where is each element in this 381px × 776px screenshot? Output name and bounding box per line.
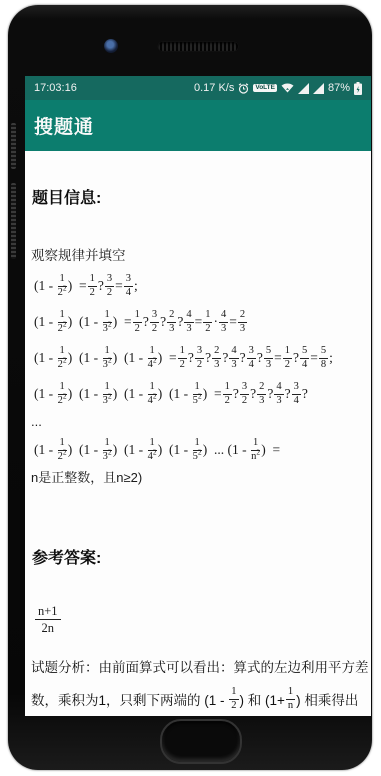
formula-line: (1 - 122) (1 - 132) (1 - 142) (1 - 152) … (31, 432, 371, 468)
fraction: 32 (240, 382, 249, 407)
formula-line: (1 - 122) (1 - 132) =12?32?23?43=12·43=2… (31, 304, 371, 340)
math-text: = (274, 350, 282, 366)
analysis-text: 试题分析：由前面算式可以看出：算式的左边利用平方差数，乘积为1，只剩下两端的 (… (31, 650, 371, 716)
math-text: ) (1 - (113, 350, 147, 366)
math-text: ) (1 - (158, 442, 192, 458)
fraction: 43 (184, 310, 193, 335)
math-text: ? (293, 350, 299, 366)
battery-charging-icon (354, 82, 362, 95)
fraction: 32 (150, 310, 159, 335)
wifi-icon (281, 83, 294, 93)
alarm-clock-icon (238, 83, 249, 94)
math-text: ) = (203, 386, 222, 402)
math-text: ) (1 - (113, 442, 147, 458)
math-text: ) (1 - (68, 386, 102, 402)
fraction: 58 (319, 346, 328, 371)
math-text: ) (1 - (68, 442, 102, 458)
math-text: ... (31, 414, 42, 429)
fraction: 132 (103, 382, 112, 407)
app-bar: 搜题通 (25, 100, 371, 151)
fraction: 12 (88, 274, 97, 299)
math-text: · (213, 314, 218, 330)
fraction: 23 (167, 310, 176, 335)
question-heading: 题目信息: (32, 185, 371, 208)
fraction: 43 (274, 382, 283, 407)
fraction: 23 (257, 382, 266, 407)
math-text: = (310, 350, 318, 366)
phone-frame: 17:03:16 0.17 K/s VoLTE (8, 5, 372, 770)
fraction: 12 (178, 346, 187, 371)
math-text: ? (250, 386, 256, 402)
math-text: (1 - (34, 314, 57, 330)
fraction: 142 (148, 438, 157, 463)
network-speed: 0.17 K/s (194, 82, 234, 94)
math-text: ? (160, 314, 166, 330)
fraction: 152 (193, 382, 202, 407)
fraction: 142 (148, 346, 157, 371)
math-text: ? (240, 350, 246, 366)
question-intro: 观察规律并填空 (31, 244, 371, 264)
math-text: ? (233, 386, 239, 402)
math-text: n是正整数，且n≥2) (31, 470, 142, 485)
math-text: ? (285, 386, 291, 402)
volte-badge: VoLTE (253, 84, 277, 93)
fraction: 12 (283, 346, 292, 371)
status-time: 17:03:16 (34, 82, 77, 94)
fraction: 34 (292, 382, 301, 407)
status-icons: 0.17 K/s VoLTE (194, 82, 362, 95)
math-text: ? (302, 386, 308, 402)
math-text: 试题分析：由前面算式可以看出：算式的左边利用平方差 (31, 656, 369, 676)
formula-line: 试题分析：由前面算式可以看出：算式的左边利用平方差 (31, 650, 371, 683)
fraction: 1n2 (251, 438, 260, 463)
math-text: ) = (158, 350, 177, 366)
math-text: (1 - (34, 278, 57, 294)
fraction: 12 (203, 310, 212, 335)
math-text: ? (143, 314, 149, 330)
fraction: 43 (219, 310, 228, 335)
screenshot-root: 17:03:16 0.17 K/s VoLTE (0, 0, 381, 776)
formula-line: 数，乘积为1，只剩下两端的 (1 - 12) 和 (1+1n) 相乘得出 (31, 683, 371, 716)
fraction: 122 (58, 346, 67, 371)
fraction: 43 (229, 346, 238, 371)
fraction: n+12n (35, 605, 61, 634)
math-text: ) 和 (1+ (240, 689, 285, 709)
status-bar: 17:03:16 0.17 K/s VoLTE (25, 76, 371, 100)
signal-icon-sim1 (298, 83, 309, 94)
math-text: ; (329, 350, 333, 366)
battery-percent: 87% (328, 82, 350, 94)
fraction: 132 (103, 438, 112, 463)
fraction: 32 (105, 274, 114, 299)
math-text: ) (1 - (68, 350, 102, 366)
fraction: 132 (103, 310, 112, 335)
fraction: 122 (58, 382, 67, 407)
earpiece-speaker-grill (158, 42, 238, 51)
math-text: ) = (261, 442, 280, 458)
math-text: ? (205, 350, 211, 366)
formula-list: (1 - 122) =12?32=34;(1 - 122) (1 - 132) … (31, 268, 371, 487)
fraction: 122 (58, 310, 67, 335)
math-text: 数，乘积为1，只剩下两端的 (1 - (31, 689, 228, 709)
math-text: ) = (113, 314, 132, 330)
math-text: (1 - (34, 350, 57, 366)
fraction: 12 (223, 382, 232, 407)
fraction: 122 (58, 274, 67, 299)
fraction: 34 (247, 346, 256, 371)
math-text: ) (1 - (68, 314, 102, 330)
formula-line: ... (31, 414, 371, 430)
math-text: ? (267, 386, 273, 402)
fraction: 152 (193, 438, 202, 463)
math-text: ) ... (1 - (203, 442, 250, 458)
math-text: ? (257, 350, 263, 366)
fraction: 1n (286, 687, 295, 712)
front-camera (104, 39, 118, 53)
fraction: 53 (264, 346, 273, 371)
math-text: ? (177, 314, 183, 330)
math-text: ) (1 - (113, 386, 147, 402)
content-area: 题目信息: 观察规律并填空 (1 - 122) =12?32=34;(1 - 1… (25, 151, 371, 716)
math-text: = (115, 278, 123, 294)
fraction: 12 (133, 310, 142, 335)
math-text: ; (134, 278, 138, 294)
math-text: ? (98, 278, 104, 294)
math-text: = (229, 314, 237, 330)
math-text: = (195, 314, 203, 330)
fraction: 23 (212, 346, 221, 371)
fraction: 122 (58, 438, 67, 463)
fraction: 54 (300, 346, 309, 371)
alert-slider-button[interactable] (11, 123, 16, 169)
screen: 17:03:16 0.17 K/s VoLTE (25, 76, 371, 716)
answer-heading: 参考答案: (32, 545, 371, 568)
home-button[interactable] (160, 719, 242, 764)
math-text: (1 - (34, 442, 57, 458)
fraction: 23 (238, 310, 247, 335)
formula-line: (1 - 122) =12?32=34; (31, 268, 371, 304)
app-title: 搜题通 (34, 112, 94, 139)
volume-button[interactable] (11, 183, 16, 259)
formula-line: n是正整数，且n≥2) (31, 470, 371, 486)
fraction: 34 (124, 274, 133, 299)
math-text: (1 - (34, 386, 57, 402)
math-text: ) (1 - (158, 386, 192, 402)
math-text: ) = (68, 278, 87, 294)
math-text: ) 相乘得出 (296, 689, 358, 709)
formula-line: (1 - 122) (1 - 132) (1 - 142) (1 - 152) … (31, 376, 371, 412)
fraction: 12 (229, 687, 238, 712)
fraction: 142 (148, 382, 157, 407)
fraction: 132 (103, 346, 112, 371)
fraction: 32 (195, 346, 204, 371)
answer-result: n+12n (31, 600, 371, 640)
signal-icon-sim2 (313, 83, 324, 94)
math-text: ? (222, 350, 228, 366)
formula-line: (1 - 122) (1 - 132) (1 - 142) =12?32?23?… (31, 340, 371, 376)
math-text: ? (188, 350, 194, 366)
